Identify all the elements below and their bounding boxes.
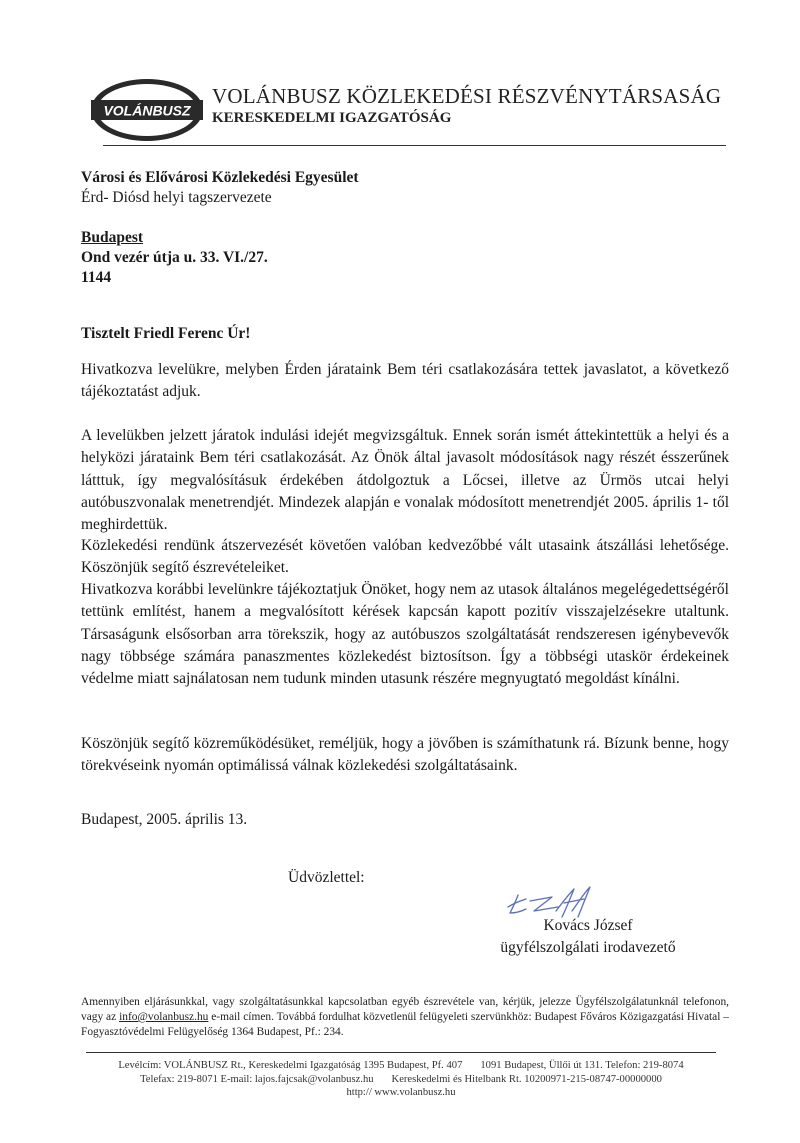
mailing-address: Levélcím: VOLÁNBUSZ Rt., Kereskedelmi Ig…: [118, 1060, 462, 1071]
address-street: Ond vezér útja u. 33. VI./27.: [81, 248, 268, 268]
closing: Üdvözlettel:: [288, 869, 365, 887]
division-name: KERESKEDELMI IGAZGATÓSÁG: [212, 110, 451, 127]
email-link[interactable]: info@volanbusz.hu: [119, 1011, 208, 1023]
signer-name: Kovács József: [498, 917, 678, 935]
logo-text: VOLÁNBUSZ: [103, 103, 191, 119]
recipient-block: Városi és Elővárosi Közlekedési Egyesüle…: [81, 168, 359, 208]
paragraph: Hivatkozva levelükre, melyben Érden jára…: [81, 359, 729, 404]
signature-icon: [500, 885, 600, 921]
footer-line-2: Telefax: 219-8071 E-mail: lajos.fajcsak@…: [86, 1073, 716, 1087]
paragraph: Közlekedési rendünk átszervezését követő…: [81, 535, 729, 580]
footer-divider: [86, 1052, 716, 1053]
bank-account: Kereskedelmi és Hitelbank Rt. 10200971-2…: [392, 1074, 662, 1085]
signer-title: ügyfélszolgálati irodavezető: [460, 939, 716, 957]
address-postal-code: 1144: [81, 268, 268, 288]
address-city: Budapest: [81, 228, 268, 248]
paragraph: Hivatkozva korábbi levelünkre tájékoztat…: [81, 579, 729, 690]
recipient-address: Budapest Ond vezér útja u. 33. VI./27. 1…: [81, 228, 268, 288]
logo-emblem-icon: VOLÁNBUSZ: [88, 76, 206, 144]
recipient-organization: Városi és Elővárosi Közlekedési Egyesüle…: [81, 168, 359, 188]
header-divider: [103, 145, 726, 146]
letterhead-footer: Levélcím: VOLÁNBUSZ Rt., Kereskedelmi Ig…: [86, 1059, 716, 1100]
letter-date: Budapest, 2005. április 13.: [81, 811, 247, 829]
complaint-notice: Amennyiben eljárásunkkal, vagy szolgálta…: [81, 995, 729, 1040]
paragraph: A levelükben jelzett járatok indulási id…: [81, 425, 729, 536]
website-link[interactable]: http:// www.volanbusz.hu: [86, 1086, 716, 1100]
fax-email: Telefax: 219-8071 E-mail: lajos.fajcsak@…: [140, 1074, 373, 1085]
footer-line-1: Levélcím: VOLÁNBUSZ Rt., Kereskedelmi Ig…: [86, 1059, 716, 1073]
street-address-phone: 1091 Budapest, Üllői út 131. Telefon: 21…: [480, 1060, 683, 1071]
company-name: VOLÁNBUSZ KÖZLEKEDÉSI RÉSZVÉNYTÁRSASÁG: [212, 84, 721, 109]
salutation: Tisztelt Friedl Ferenc Úr!: [81, 325, 250, 343]
volanbusz-logo: VOLÁNBUSZ: [88, 76, 206, 144]
paragraph: Köszönjük segítő közreműködésüket, remél…: [81, 733, 729, 778]
recipient-branch: Érd- Diósd helyi tagszervezete: [81, 188, 359, 208]
